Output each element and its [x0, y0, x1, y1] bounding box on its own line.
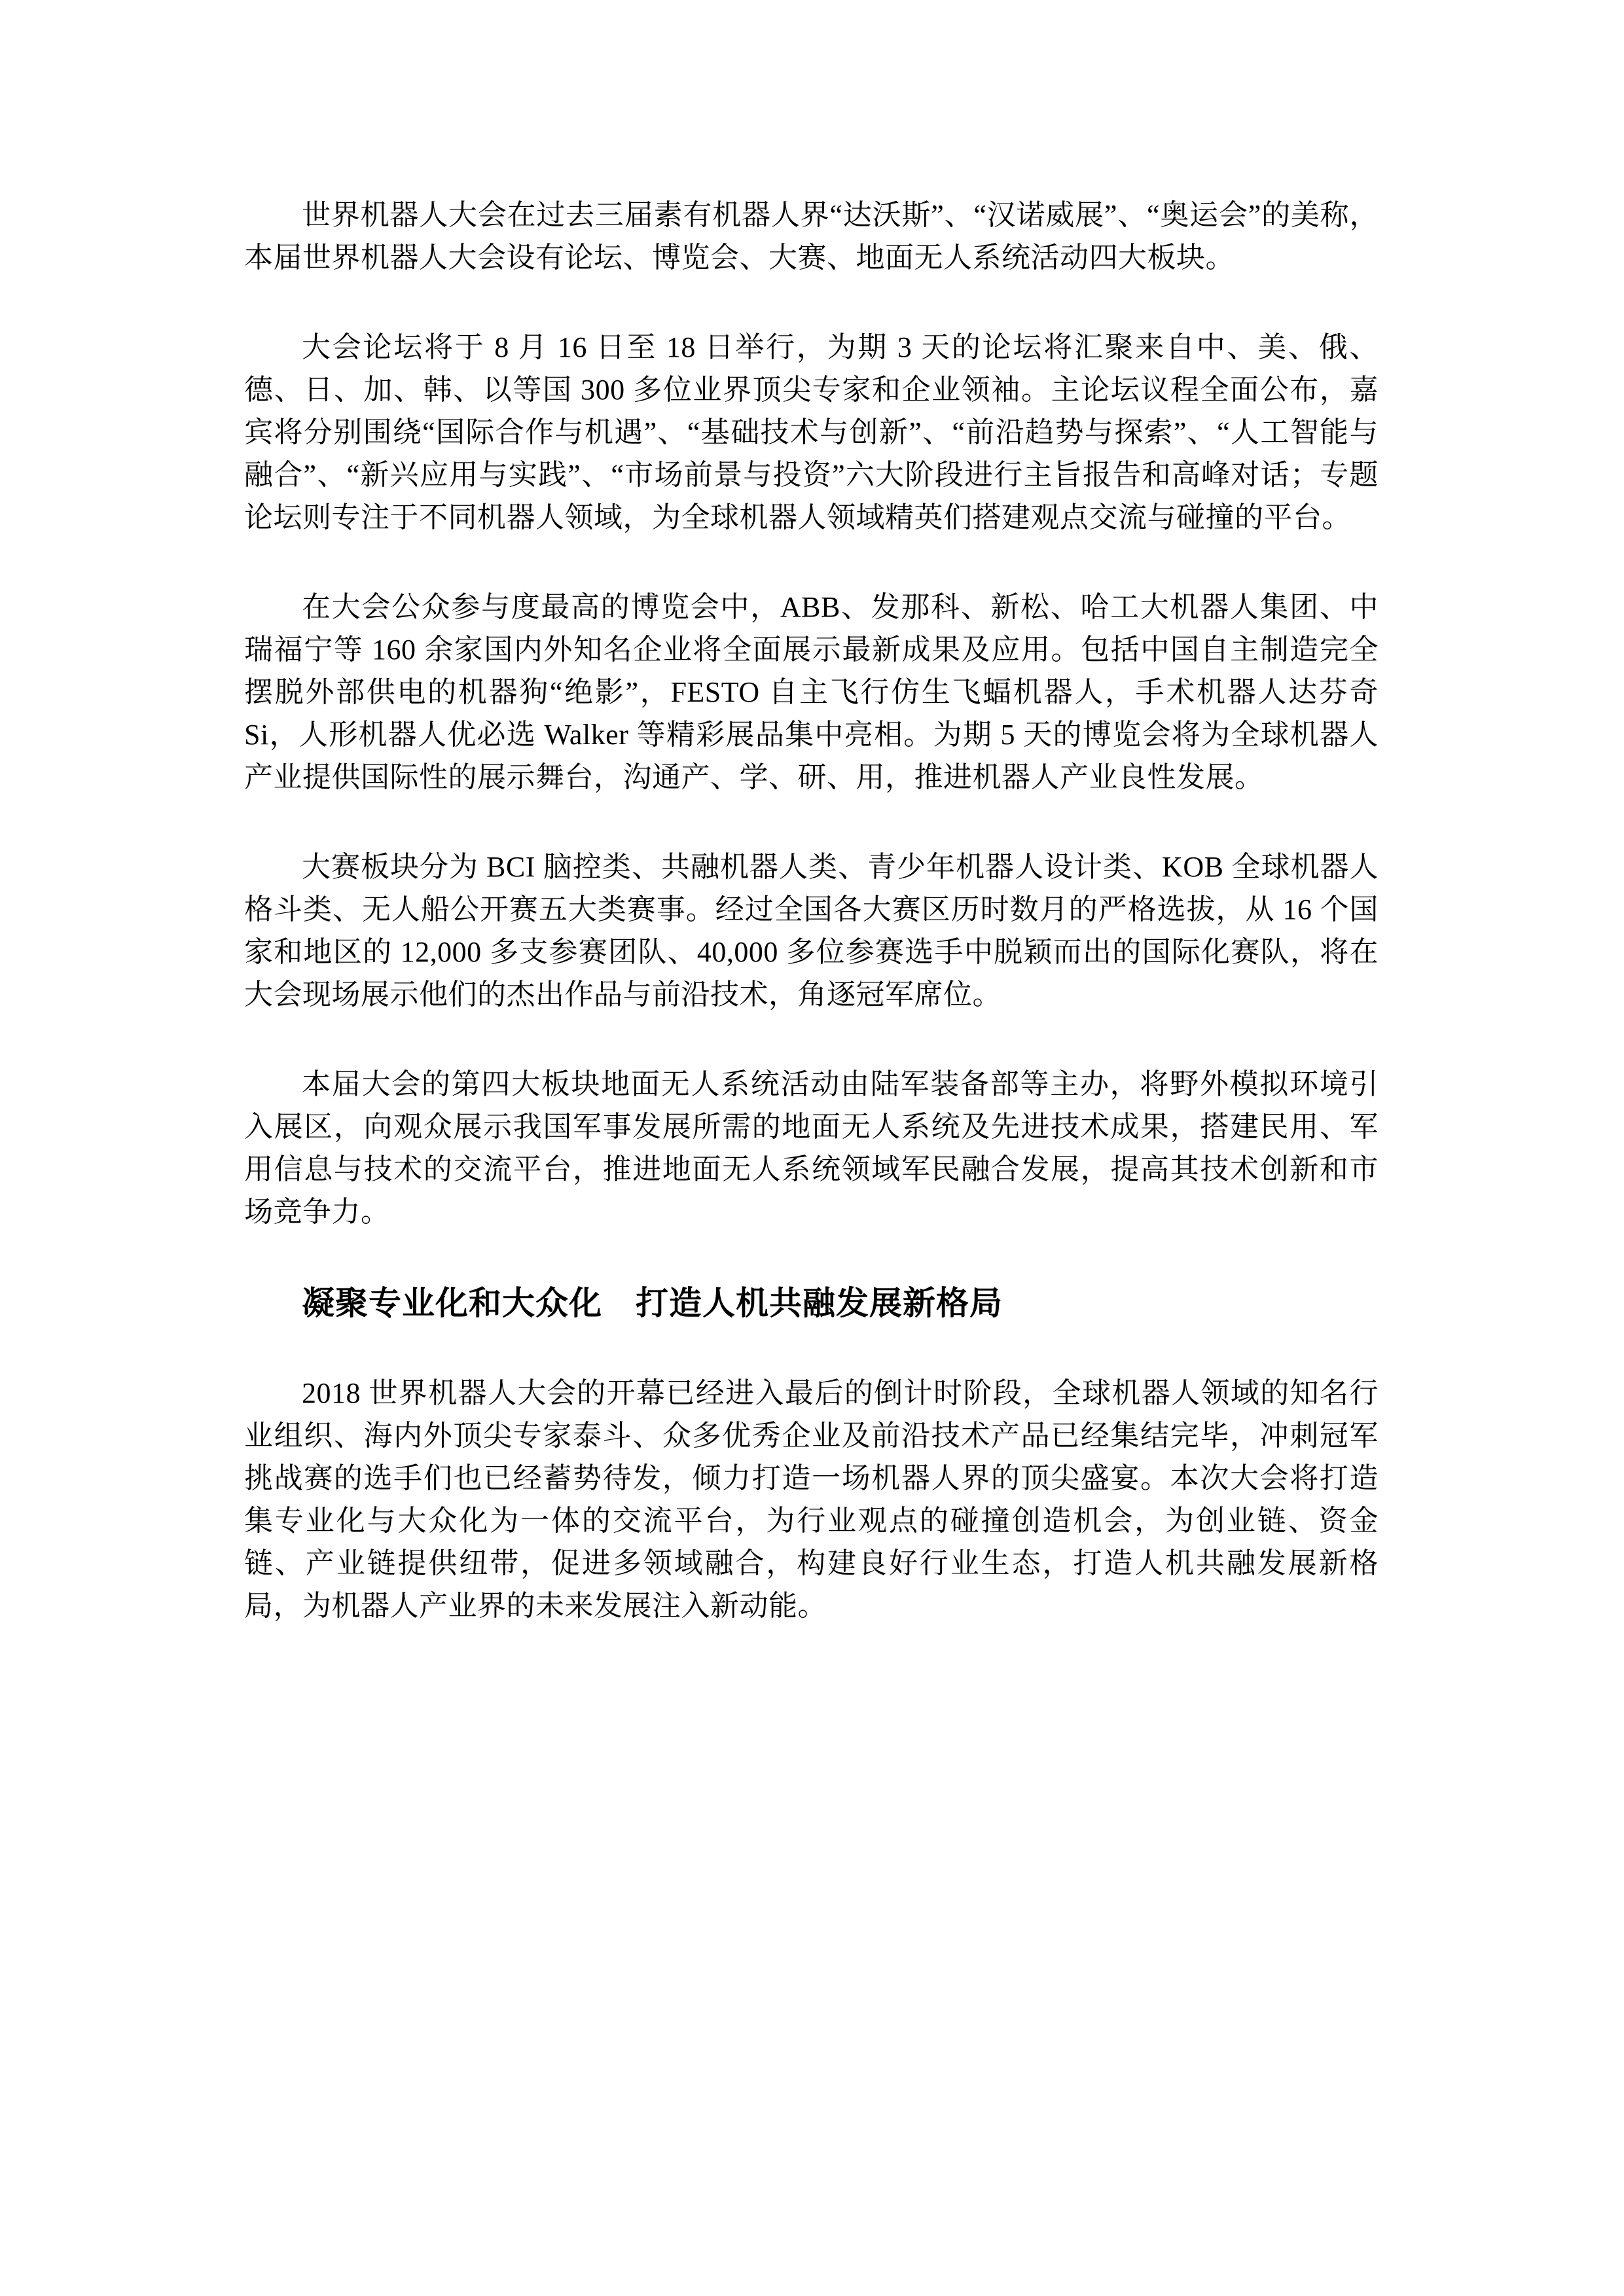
section-heading: 凝聚专业化和大众化 打造人机共融发展新格局 [244, 1280, 1379, 1326]
paragraph-conference-overview: 世界机器人大会在过去三届素有机器人界“达沃斯”、“汉诺威展”、“奥运会”的美称，… [244, 194, 1379, 279]
paragraph-ground-unmanned-systems: 本届大会的第四大板块地面无人系统活动由陆军装备部等主办，将野外模拟环境引入展区，… [244, 1063, 1379, 1233]
document-page: 世界机器人大会在过去三届素有机器人界“达沃斯”、“汉诺威展”、“奥运会”的美称，… [0, 0, 1624, 2296]
paragraph-forum: 大会论坛将于 8 月 16 日至 18 日举行，为期 3 天的论坛将汇聚来自中、… [244, 326, 1379, 539]
paragraph-closing: 2018 世界机器人大会的开幕已经进入最后的倒计时阶段，全球机器人领域的知名行业… [244, 1372, 1379, 1627]
article-body: 世界机器人大会在过去三届素有机器人界“达沃斯”、“汉诺威展”、“奥运会”的美称，… [244, 194, 1379, 1674]
paragraph-contest: 大赛板块分为 BCI 脑控类、共融机器人类、青少年机器人设计类、KOB 全球机器… [244, 846, 1379, 1016]
paragraph-expo: 在大会公众参与度最高的博览会中，ABB、发那科、新松、哈工大机器人集团、中瑞福宁… [244, 586, 1379, 798]
